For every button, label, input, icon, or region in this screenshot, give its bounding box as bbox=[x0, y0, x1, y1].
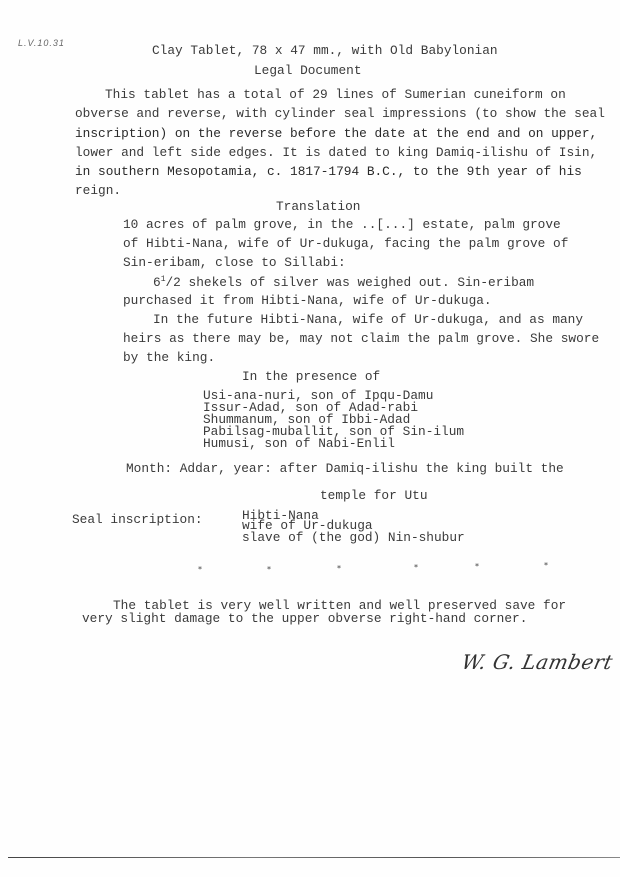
separator-star: * bbox=[544, 561, 548, 570]
description-line: lower and left side edges. It is dated t… bbox=[75, 147, 597, 160]
signature: W. G. Lambert bbox=[459, 650, 615, 674]
payment-line: 61/2 shekels of silver was weighed out. … bbox=[153, 276, 534, 290]
separator-star: * bbox=[337, 564, 341, 573]
description-line: obverse and reverse, with cylinder seal … bbox=[75, 108, 605, 121]
page-edge-line bbox=[8, 857, 620, 858]
separator-star: * bbox=[414, 563, 418, 572]
seal-label: Seal inscription: bbox=[72, 514, 203, 527]
payment-rest: /2 shekels of silver was weighed out. Si… bbox=[166, 275, 535, 290]
translation-heading: Translation bbox=[276, 201, 360, 214]
description-line: This tablet has a total of 29 lines of S… bbox=[105, 89, 566, 102]
translation-line: 10 acres of palm grove, in the ..[...] e… bbox=[123, 219, 561, 232]
oath-line: In the future Hibti-Nana, wife of Ur-duk… bbox=[153, 314, 583, 327]
translation-line: of Hibti-Nana, wife of Ur-dukuga, facing… bbox=[123, 238, 568, 251]
separator-star: * bbox=[198, 565, 202, 574]
witnesses-heading: In the presence of bbox=[242, 371, 380, 384]
witness-line: Humusi, son of Nabi-Enlil bbox=[203, 439, 395, 449]
reference-note: L.V.10.31 bbox=[18, 38, 65, 48]
seal-line: slave of (the god) Nin-shubur bbox=[242, 533, 465, 543]
payment-line-2: purchased it from Hibti-Nana, wife of Ur… bbox=[123, 295, 492, 308]
description-line: reign. bbox=[75, 185, 121, 198]
document-page: L.V.10.31 Clay Tablet, 78 x 47 mm., with… bbox=[0, 0, 620, 877]
date-line-2: temple for Utu bbox=[320, 490, 428, 503]
oath-line: heirs as there may be, may not claim the… bbox=[123, 333, 599, 346]
condition-line: very slight damage to the upper obverse … bbox=[82, 613, 527, 626]
oath-line: by the king. bbox=[123, 352, 215, 365]
translation-line: Sin-eribam, close to Sillabi: bbox=[123, 257, 346, 270]
description-line: inscription) on the reverse before the d… bbox=[75, 128, 597, 141]
title-line-1: Clay Tablet, 78 x 47 mm., with Old Babyl… bbox=[152, 45, 498, 58]
separator-star: * bbox=[267, 565, 271, 574]
date-line-1: Month: Addar, year: after Damiq-ilishu t… bbox=[126, 463, 564, 476]
payment-whole: 6 bbox=[153, 275, 161, 290]
separator-star: * bbox=[475, 562, 479, 571]
title-line-2: Legal Document bbox=[254, 65, 362, 78]
description-line: in southern Mesopotamia, c. 1817-1794 B.… bbox=[75, 166, 582, 179]
